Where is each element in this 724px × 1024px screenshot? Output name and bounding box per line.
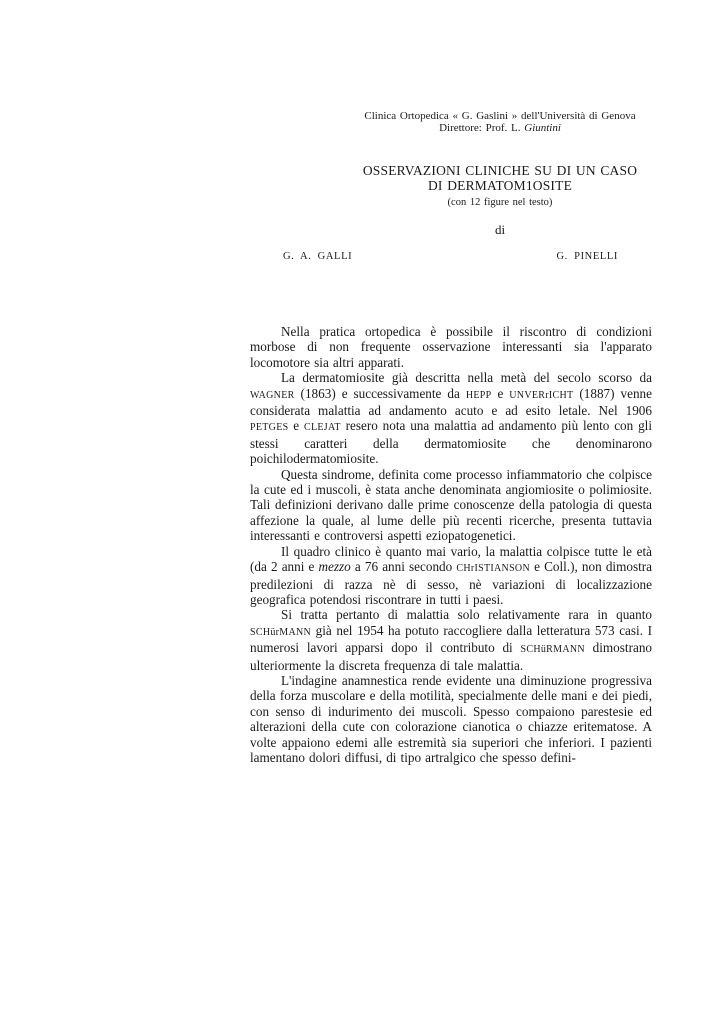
- paragraph-1: Nella pratica ortopedica è possibile il …: [250, 324, 652, 370]
- author-name-schurmann-2: SCHüRMANN: [521, 644, 585, 655]
- article-body: Nella pratica ortopedica è possibile il …: [250, 324, 652, 765]
- affiliation-header: Clinica Ortopedica « G. Gaslini » dell'U…: [295, 110, 705, 134]
- director-label: Direttore: Prof. L.: [439, 122, 520, 134]
- director-name: Giuntini: [524, 122, 561, 134]
- author-galli: G. A. GALLI: [283, 251, 352, 262]
- title-line-1: OSSERVAZIONI CLINICHE SU DI UN CASO: [295, 163, 705, 178]
- text-run: e: [491, 386, 509, 401]
- paragraph-3: Questa sindrome, definita come processo …: [250, 467, 652, 544]
- byline-di: di: [295, 222, 705, 238]
- text-run: Si tratta pertanto di malattia solo rela…: [281, 607, 652, 622]
- paragraph-5: Si tratta pertanto di malattia solo rela…: [250, 607, 652, 673]
- paragraph-2: La dermatomiosite già descritta nella me…: [250, 370, 652, 466]
- author-name-petges: PETGES: [250, 422, 288, 433]
- author-name-schurmann: SCHürMANN: [250, 627, 311, 638]
- title-block: OSSERVAZIONI CLINICHE SU DI UN CASO DI D…: [295, 163, 705, 238]
- author-name-clejat: CLEJAT: [304, 422, 341, 433]
- paragraph-6: L'indagine anamnestica rende evidente un…: [250, 673, 652, 765]
- text-run: e: [288, 418, 304, 433]
- author-name-wagner: WAGNER: [250, 390, 295, 401]
- author-pinelli: G. PINELLI: [557, 251, 619, 262]
- text-run: (1863) e successivamente da: [295, 386, 466, 401]
- author-name-hepp: HEPP: [466, 390, 492, 401]
- title-line-2: DI DERMATOM1OSITE: [295, 178, 705, 193]
- affiliation-director: Direttore: Prof. L. Giuntini: [295, 122, 705, 134]
- author-name-unverricht: UNVERrICHT: [509, 390, 573, 401]
- text-run: La dermatomiosite già descritta nella me…: [281, 370, 652, 385]
- author-name-christianson: CHrISTIANSON: [456, 563, 530, 574]
- text-run: a 76 anni secondo: [351, 559, 457, 574]
- article-title: OSSERVAZIONI CLINICHE SU DI UN CASO DI D…: [295, 163, 705, 193]
- affiliation-institution: Clinica Ortopedica « G. Gaslini » dell'U…: [295, 110, 705, 122]
- emphasis-mezzo: mezzo: [319, 559, 351, 574]
- document-page: Clinica Ortopedica « G. Gaslini » dell'U…: [0, 0, 724, 1024]
- article-subtitle: (con 12 figure nel testo): [295, 196, 705, 209]
- paragraph-4: Il quadro clinico è quanto mai vario, la…: [250, 544, 652, 608]
